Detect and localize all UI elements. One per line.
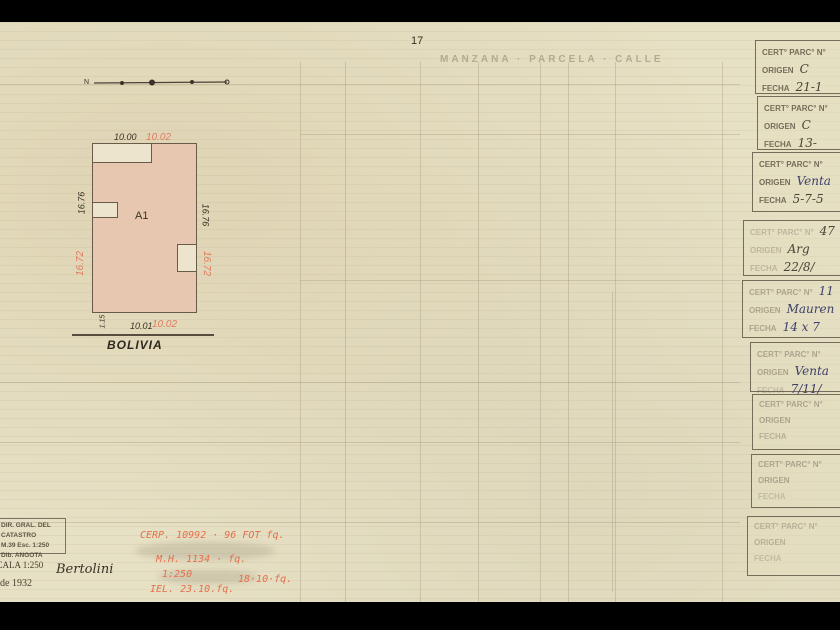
certificate-stamp: CERT° PARC° N° ORIGENC FECHA13- bbox=[757, 96, 840, 150]
red-annotation: 1:250 bbox=[162, 569, 192, 580]
certificate-stamp: CERT° PARC° N° ORIGENC FECHA21-1 bbox=[755, 40, 840, 94]
stamp-label: FECHA bbox=[759, 196, 787, 205]
certificate-stamp: CERT° PARC° N° ORIGEN FECHA bbox=[752, 394, 840, 450]
stamp-label: CERT° PARC° N° bbox=[762, 48, 826, 57]
stamp-label: FECHA bbox=[762, 84, 790, 93]
stamp-label: CERT° PARC° N° bbox=[749, 288, 813, 297]
plan-notch bbox=[177, 244, 196, 272]
stamp-label: ORIGEN bbox=[749, 306, 781, 315]
stamp-label: FECHA bbox=[764, 140, 792, 149]
stamp-label: ORIGEN bbox=[750, 246, 782, 255]
red-annotation: 18·10·fq. bbox=[238, 574, 292, 585]
form-rule bbox=[0, 442, 740, 443]
red-annotation: M.H. 1134 · fq. bbox=[156, 554, 246, 565]
stamp-label: ORIGEN bbox=[759, 416, 791, 425]
certificate-stamp: CERT° PARC° N° ORIGEN FECHA bbox=[747, 516, 840, 576]
plan-notch bbox=[93, 202, 118, 218]
handwritten-value: 21-1 bbox=[796, 80, 823, 94]
year-label: de 1932 bbox=[0, 578, 32, 589]
form-rule bbox=[615, 62, 616, 602]
form-rule bbox=[0, 382, 740, 383]
dim-bottom-original: 10.01 bbox=[130, 321, 153, 331]
north-label: N bbox=[84, 79, 89, 86]
red-annotation: IEL. 23.10.fq. bbox=[150, 584, 234, 595]
handwritten-value: 47 bbox=[820, 224, 835, 238]
parcel-plan: A1 bbox=[92, 143, 197, 313]
form-rule bbox=[300, 134, 740, 135]
lot-label: A1 bbox=[135, 210, 148, 222]
form-rule bbox=[345, 62, 346, 602]
handwritten-value: 5-7-5 bbox=[793, 192, 824, 206]
stamp-label: FECHA bbox=[750, 264, 778, 273]
stamp-label: ORIGEN bbox=[758, 476, 790, 485]
handwritten-value: Arg bbox=[788, 242, 810, 256]
stamp-label: ORIGEN bbox=[757, 368, 789, 377]
catastro-line: DIR. GRAL. DEL CATASTRO bbox=[1, 521, 61, 541]
stamp-label: FECHA bbox=[759, 432, 787, 441]
stamp-label: ORIGEN bbox=[764, 122, 796, 131]
form-rule bbox=[612, 292, 613, 592]
dim-right-verified: 16.72 bbox=[201, 251, 212, 276]
form-rule bbox=[478, 62, 479, 602]
dim-right-original: 16.76 bbox=[200, 204, 210, 227]
stamp-label: FECHA bbox=[749, 324, 777, 333]
faint-form-heading: MANZANA · PARCELA · CALLE bbox=[440, 54, 664, 65]
north-arrow-icon bbox=[82, 78, 232, 88]
certificate-stamp: CERT° PARC° N° ORIGEN FECHA bbox=[751, 454, 840, 508]
stamp-label: CERT° PARC° N° bbox=[759, 400, 823, 409]
handwritten-value: 14 x 7 bbox=[783, 320, 820, 334]
form-rule bbox=[300, 62, 301, 602]
form-rule bbox=[0, 522, 740, 523]
dim-left-verified: 16.72 bbox=[75, 251, 86, 276]
catastro-stamp: DIR. GRAL. DEL CATASTRO M.39 Esc. 1:250 … bbox=[0, 518, 66, 554]
handwritten-value: Venta bbox=[795, 364, 829, 378]
certificate-stamp: CERT° PARC° N° ORIGENVenta FECHA7/11/ bbox=[750, 342, 840, 392]
stamp-label: CERT° PARC° N° bbox=[754, 522, 818, 531]
plan-notch bbox=[93, 144, 152, 163]
handwritten-value: Mauren bbox=[787, 302, 835, 316]
handwritten-value: 22/8/ bbox=[784, 260, 815, 274]
dim-left-original: 16.76 bbox=[76, 192, 86, 215]
street-name: BOLIVIA bbox=[107, 338, 163, 352]
stamp-label: FECHA bbox=[754, 554, 782, 563]
form-rule bbox=[420, 62, 421, 602]
red-annotation: CERP. 10992 · 96 FOT fq. bbox=[140, 530, 285, 541]
form-rule bbox=[540, 62, 541, 602]
stamp-label: CERT° PARC° N° bbox=[764, 104, 828, 113]
certificate-stamp: CERT° PARC° N°47 ORIGENArg FECHA22/8/ bbox=[743, 220, 840, 276]
form-rule bbox=[300, 280, 740, 281]
form-rule bbox=[568, 62, 569, 602]
dim-top-verified: 10.02 bbox=[146, 132, 171, 143]
dim-corner-offset: 1.15 bbox=[99, 315, 106, 329]
street-frontage-line bbox=[72, 334, 214, 336]
stamp-label: ORIGEN bbox=[762, 66, 794, 75]
certificate-stamp: CERT° PARC° N° ORIGENVenta FECHA5-7-5 bbox=[752, 152, 840, 212]
handwritten-value: 11 bbox=[819, 284, 834, 298]
stamp-label: ORIGEN bbox=[754, 538, 786, 547]
catastro-line: M.39 Esc. 1:250 bbox=[1, 541, 61, 551]
handwritten-value: Venta bbox=[797, 174, 831, 188]
handwritten-value: C bbox=[802, 118, 811, 132]
signature: Bertolini bbox=[56, 562, 113, 577]
handwritten-value: 13- bbox=[798, 136, 817, 150]
stamp-label: FECHA bbox=[758, 492, 786, 501]
stamp-label: CERT° PARC° N° bbox=[757, 350, 821, 359]
stamp-label: CERT° PARC° N° bbox=[759, 160, 823, 169]
cadastral-sheet: 17 MANZANA · PARCELA · CALLE N 10.00 10.… bbox=[0, 22, 840, 602]
stamp-label: CERT° PARC° N° bbox=[750, 228, 814, 237]
form-rule bbox=[722, 62, 723, 602]
page-number: 17 bbox=[411, 35, 423, 47]
scale-label: ESCALA 1:250 bbox=[0, 560, 43, 570]
stamp-label: ORIGEN bbox=[759, 178, 791, 187]
dim-top-original: 10.00 bbox=[114, 132, 137, 142]
stamp-label: CERT° PARC° N° bbox=[758, 460, 822, 469]
handwritten-value: C bbox=[800, 62, 809, 76]
dim-bottom-verified: 10.02 bbox=[152, 319, 177, 330]
certificate-stamp: CERT° PARC° N°11 ORIGENMauren FECHA14 x … bbox=[742, 280, 840, 338]
